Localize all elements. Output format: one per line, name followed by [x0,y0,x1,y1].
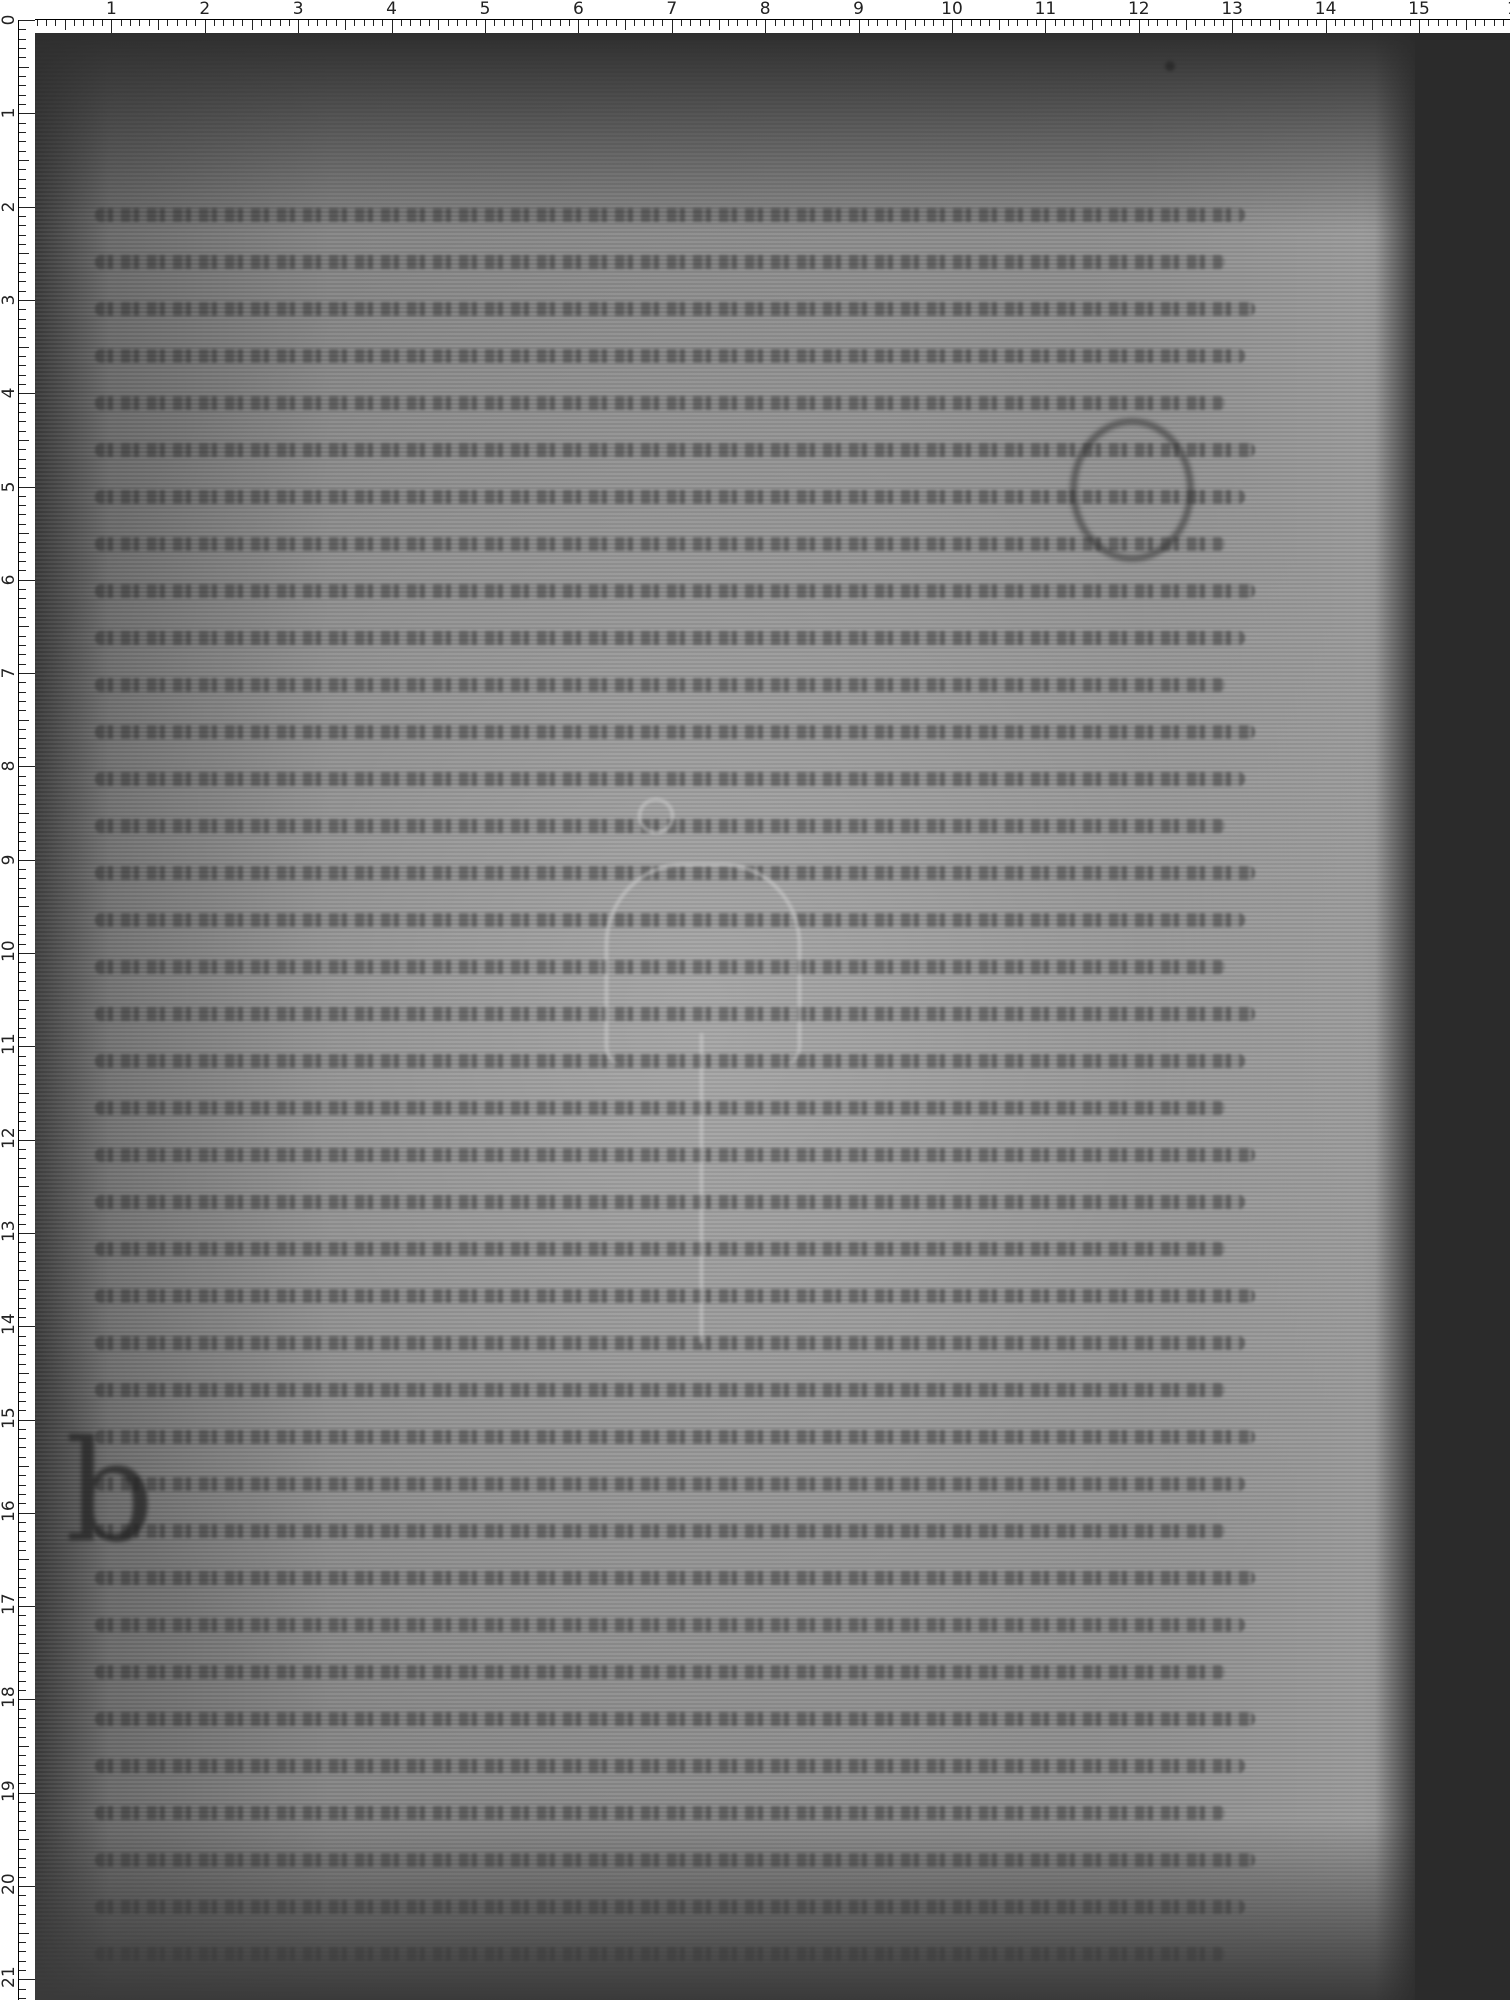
top-ruler-tick [662,20,663,26]
top-ruler-tick [550,20,551,26]
left-ruler-tick [19,981,26,982]
top-ruler-tick [457,20,458,26]
left-ruler-tick [19,1513,35,1514]
left-ruler-label: 21 [0,1970,18,1988]
left-ruler-tick [19,337,26,338]
manuscript-text-line [95,1101,1225,1115]
left-ruler-tick [19,197,26,198]
left-ruler-tick [19,291,26,292]
left-ruler-tick [19,1709,26,1710]
left-ruler-tick [19,682,26,683]
top-ruler-tick [653,20,654,26]
top-ruler-tick [915,20,916,26]
top-ruler-tick [784,20,785,26]
left-ruler-tick [19,1895,26,1896]
left-ruler-tick [19,1410,26,1411]
left-ruler-tick [19,76,26,77]
left-ruler-tick [19,822,26,823]
left-ruler-tick [19,393,35,394]
left-ruler-tick [19,1280,29,1281]
undertext-stroke-line [700,1033,703,1343]
left-ruler-tick [19,514,26,515]
left-ruler-tick [19,1168,26,1169]
top-ruler-tick [410,20,411,26]
left-ruler-tick [19,1289,26,1290]
manuscript-text-line [95,1618,1245,1632]
left-ruler-tick [19,309,26,310]
left-ruler-tick [19,944,26,945]
left-ruler-tick [19,468,26,469]
top-ruler-label: 11 [1035,0,1057,18]
left-ruler-label: 20 [0,1877,18,1895]
left-ruler-tick [19,487,35,488]
top-ruler-tick [765,20,766,33]
manuscript-text-line [95,1571,1255,1585]
top-ruler-tick [420,20,421,26]
left-ruler-tick [19,1923,26,1924]
left-ruler-tick [19,1746,29,1747]
manuscript-scan: b [35,33,1510,2000]
left-ruler-tick [19,1989,26,1990]
manuscript-text-line [95,725,1255,739]
top-ruler-tick [1363,20,1364,26]
top-ruler-tick [1438,20,1439,26]
top-ruler-tick [252,20,253,30]
top-ruler-tick [952,20,953,33]
left-ruler-tick [19,776,26,777]
left-ruler-tick [19,1690,26,1691]
top-ruler-label: 13 [1221,0,1243,18]
manuscript-text-line [95,1336,1245,1350]
left-ruler-tick [19,57,26,58]
left-ruler-label: 12 [0,1131,18,1149]
left-ruler-tick [19,1065,26,1066]
top-ruler-tick [588,20,589,26]
top-ruler-tick [933,20,934,26]
top-ruler-tick [1456,20,1457,26]
top-ruler-tick [74,20,75,26]
top-ruler-tick [83,20,84,26]
top-ruler-tick [1139,20,1140,33]
left-ruler-tick [19,1606,35,1607]
top-ruler: 01234567891011121314151 [0,0,1510,33]
top-ruler-tick [93,20,94,26]
left-ruler-tick [19,1970,26,1971]
top-ruler-tick [532,20,533,30]
top-ruler-tick [261,20,262,26]
left-ruler-tick [19,20,35,21]
left-ruler-tick [19,412,26,413]
left-ruler-tick [19,524,26,525]
top-ruler-tick [1157,20,1158,26]
left-ruler-tick [19,720,29,721]
top-ruler-tick [1148,20,1149,26]
left-ruler-tick [19,916,26,917]
left-ruler-label: 18 [0,1690,18,1708]
left-ruler-tick [19,1886,35,1887]
top-ruler-tick [1335,20,1336,26]
top-ruler-tick [644,20,645,26]
left-ruler-tick [19,1186,29,1187]
left-ruler-label: 4 [0,384,18,402]
left-ruler-tick [19,608,26,609]
top-ruler-tick [504,20,505,26]
left-ruler-tick [19,1317,26,1318]
left-ruler-tick [19,673,35,674]
top-ruler-label: 8 [760,0,771,18]
left-ruler-tick [19,104,26,105]
top-ruler-tick [905,20,906,30]
top-ruler-tick [1279,20,1280,30]
manuscript-text-line [95,302,1255,316]
left-ruler-tick [19,431,26,432]
left-ruler-tick [19,701,26,702]
left-ruler-tick [19,1093,29,1094]
left-ruler-tick [19,785,26,786]
top-ruler-tick [289,20,290,26]
left-ruler-tick [19,1802,26,1803]
top-ruler-tick [1036,20,1037,26]
left-ruler-tick [19,645,26,646]
left-ruler-tick [19,748,26,749]
left-ruler-tick [19,1466,29,1467]
left-ruler-tick [19,449,26,450]
left-ruler-tick [19,1933,29,1934]
top-ruler-tick [158,20,159,30]
left-ruler-tick [19,459,26,460]
left-ruler-tick [19,225,26,226]
top-ruler-tick [1382,20,1383,26]
top-ruler-tick [700,20,701,26]
left-ruler-tick [19,216,26,217]
left-ruler-label: 10 [0,944,18,962]
top-ruler-tick [364,20,365,26]
top-ruler-tick [382,20,383,26]
top-ruler-tick [1260,20,1261,26]
left-ruler-tick [19,626,29,627]
left-ruler-tick [19,1699,35,1700]
left-ruler-tick [19,794,26,795]
top-ruler-tick [1008,20,1009,26]
left-ruler-tick [19,1569,26,1570]
top-ruler-tick [1176,20,1177,26]
manuscript-text-line [95,1289,1255,1303]
left-ruler-tick [19,552,26,553]
left-ruler-tick [19,1765,26,1766]
top-ruler-tick [1027,20,1028,26]
top-ruler-tick [270,20,271,26]
left-ruler-tick [19,1774,26,1775]
left-ruler-tick [19,1382,26,1383]
left-ruler-tick [19,972,26,973]
left-ruler-tick [19,1737,26,1738]
top-ruler-tick [1503,20,1504,26]
left-ruler-label: 1 [0,104,18,122]
top-ruler-tick [560,20,561,26]
manuscript-text-line [95,1759,1245,1773]
left-ruler-tick [19,1615,26,1616]
top-ruler-tick [1475,20,1476,26]
left-ruler-tick [19,1354,26,1355]
left-ruler-tick [19,235,26,236]
top-ruler-tick [756,20,757,26]
left-ruler-tick [19,1578,26,1579]
left-ruler-tick [19,1345,26,1346]
left-ruler-tick [19,1447,26,1448]
manuscript-text-line [95,584,1255,598]
left-ruler-tick [19,1811,26,1812]
top-ruler-tick [186,20,187,26]
left-ruler-tick [19,1793,35,1794]
left-ruler-label: 5 [0,478,18,496]
left-ruler-label: 11 [0,1037,18,1055]
top-ruler-tick [139,20,140,26]
top-ruler-tick [812,20,813,30]
left-ruler-tick [19,160,29,161]
left-ruler-tick [19,1979,35,1980]
top-ruler-tick [149,20,150,26]
left-ruler-tick [19,1559,29,1560]
manuscript-text-line [95,537,1225,551]
top-ruler-tick [1298,20,1299,26]
top-ruler-tick [242,20,243,26]
manuscript-text-line [95,396,1225,410]
left-ruler-tick [19,141,26,142]
left-ruler-tick [19,421,26,422]
top-ruler-tick [1083,20,1084,26]
left-ruler-tick [19,934,26,935]
top-ruler-tick [1195,20,1196,26]
left-ruler-tick [19,1140,35,1141]
top-ruler-tick [606,20,607,26]
left-ruler-tick [19,1000,29,1001]
top-ruler-tick [747,20,748,26]
left-ruler-tick [19,1298,26,1299]
left-ruler-tick [19,841,26,842]
left-ruler-tick [19,505,26,506]
left-ruler-tick [19,533,29,534]
top-ruler-tick [737,20,738,26]
top-ruler-tick [1101,20,1102,26]
top-ruler-tick [961,20,962,26]
left-ruler-tick [19,1457,26,1458]
left-ruler-tick [19,1233,35,1234]
left-ruler-tick [19,1112,26,1113]
manuscript-text-line [95,255,1225,269]
left-ruler-tick [19,1158,26,1159]
left-ruler-tick [19,1270,26,1271]
top-ruler-tick [1400,20,1401,26]
left-ruler-tick [19,738,26,739]
left-ruler-tick [19,1028,26,1029]
top-ruler-tick [65,20,66,30]
left-ruler-tick [19,1942,26,1943]
left-ruler-tick [19,300,35,301]
left-ruler-tick [19,1336,26,1337]
left-ruler: 0123456789101112131415161718192021 [0,0,35,2000]
left-ruler-tick [19,654,26,655]
left-ruler-tick [19,636,26,637]
top-ruler-label: 5 [480,0,491,18]
top-ruler-tick [597,20,598,26]
left-ruler-tick [19,1009,26,1010]
left-ruler-tick [19,897,26,898]
left-ruler-tick [19,598,26,599]
left-ruler-tick [19,1242,26,1243]
left-ruler-tick [19,1401,26,1402]
top-ruler-tick [989,20,990,26]
left-ruler-tick [19,542,26,543]
top-ruler-tick [943,20,944,26]
left-ruler-tick [19,1849,26,1850]
left-ruler-label: 6 [0,571,18,589]
left-ruler-tick [19,440,29,441]
top-ruler-tick [345,20,346,30]
left-ruler-tick [19,729,26,730]
top-ruler-tick [326,20,327,26]
left-ruler-tick [19,39,26,40]
left-ruler-tick [19,1681,26,1682]
manuscript-text-line [95,1712,1255,1726]
left-ruler-tick [19,1961,26,1962]
top-ruler-tick [1092,20,1093,30]
left-ruler-tick [19,384,26,385]
top-ruler-label: 2 [199,0,210,18]
left-ruler-tick [19,356,26,357]
left-ruler-label: 15 [0,1411,18,1429]
left-ruler-tick [19,179,26,180]
top-ruler-tick [308,20,309,26]
left-ruler-tick [19,664,26,665]
top-ruler-label: 4 [386,0,397,18]
left-ruler-tick [19,1364,26,1365]
left-ruler-tick [19,151,26,152]
top-ruler-tick [476,20,477,26]
left-ruler-tick [19,1177,26,1178]
left-ruler-tick [19,1252,26,1253]
manuscript-text-line [95,1665,1225,1679]
left-ruler-tick [19,1830,26,1831]
left-ruler-tick [19,1643,26,1644]
left-ruler-tick [19,1727,26,1728]
left-ruler-label: 8 [0,757,18,775]
left-ruler-tick [19,95,26,96]
top-ruler-tick [392,20,393,33]
top-ruler-tick [102,20,103,26]
top-ruler-tick [634,20,635,26]
left-ruler-tick [19,1438,26,1439]
left-ruler-tick [19,1224,26,1225]
top-ruler-tick [821,20,822,26]
top-ruler-tick [728,20,729,26]
top-ruler-tick [1419,20,1420,33]
top-ruler-tick [859,20,860,33]
top-ruler-tick [1232,20,1233,33]
left-ruler-tick [19,1261,26,1262]
left-ruler-tick [19,1326,35,1327]
left-ruler-tick [19,925,26,926]
left-ruler-tick [19,710,26,711]
left-ruler-tick [19,375,26,376]
left-ruler-tick [19,132,26,133]
top-ruler-label: 10 [941,0,963,18]
left-ruler-tick [19,1653,29,1654]
initial-letter-b: b [65,1418,155,1568]
left-ruler-tick [19,561,26,562]
undertext-stroke-body [605,863,801,1066]
top-ruler-tick [223,20,224,26]
left-ruler-tick [19,1074,26,1075]
top-ruler-tick [298,20,299,33]
top-ruler-label: 12 [1128,0,1150,18]
left-ruler-tick [19,1102,26,1103]
left-ruler-tick [19,766,35,767]
top-ruler-tick [429,20,430,26]
top-ruler-tick [793,20,794,26]
left-ruler-tick [19,757,26,758]
left-ruler-tick [19,1998,26,1999]
top-ruler-tick [569,20,570,26]
left-ruler-tick [19,123,26,124]
left-ruler-tick [19,850,26,851]
left-ruler-tick [19,617,26,618]
top-ruler-tick [336,20,337,26]
top-ruler-tick [494,20,495,26]
left-ruler-label: 13 [0,1224,18,1242]
top-ruler-tick [448,20,449,26]
left-ruler-tick [19,1550,26,1551]
left-ruler-tick [19,1420,35,1421]
top-ruler-tick [121,20,122,26]
left-ruler-tick [19,1503,26,1504]
top-ruler-label: 15 [1408,0,1430,18]
top-ruler-tick [37,20,38,26]
top-ruler-tick [896,20,897,26]
top-ruler-tick [1316,20,1317,26]
top-ruler-tick [1447,20,1448,26]
top-ruler-label: 9 [853,0,864,18]
left-ruler-tick [19,832,26,833]
left-ruler-tick [19,188,26,189]
top-ruler-tick [233,20,234,26]
top-ruler-tick [924,20,925,26]
left-ruler-tick [19,1149,26,1150]
left-ruler-tick [19,263,26,264]
top-ruler-tick [719,20,720,30]
top-ruler-tick [1288,20,1289,26]
top-ruler-label: 14 [1315,0,1337,18]
top-ruler-tick [1466,20,1467,30]
top-ruler-tick [840,20,841,26]
top-ruler-tick [578,20,579,33]
left-ruler-tick [19,67,29,68]
left-ruler-tick [19,589,26,590]
left-ruler-tick [19,1821,26,1822]
top-ruler-label: 7 [666,0,677,18]
left-ruler-label: 9 [0,851,18,869]
left-ruler-tick [19,1951,26,1952]
left-ruler-tick [19,1522,26,1523]
left-ruler-label: 17 [0,1597,18,1615]
top-ruler-tick [831,20,832,26]
left-ruler-tick [19,1485,26,1486]
left-ruler-tick [19,48,26,49]
left-ruler-label: 7 [0,664,18,682]
left-ruler-tick [19,169,26,170]
top-ruler-tick [130,20,131,26]
top-ruler-tick [1242,20,1243,26]
left-ruler-tick [19,1475,26,1476]
